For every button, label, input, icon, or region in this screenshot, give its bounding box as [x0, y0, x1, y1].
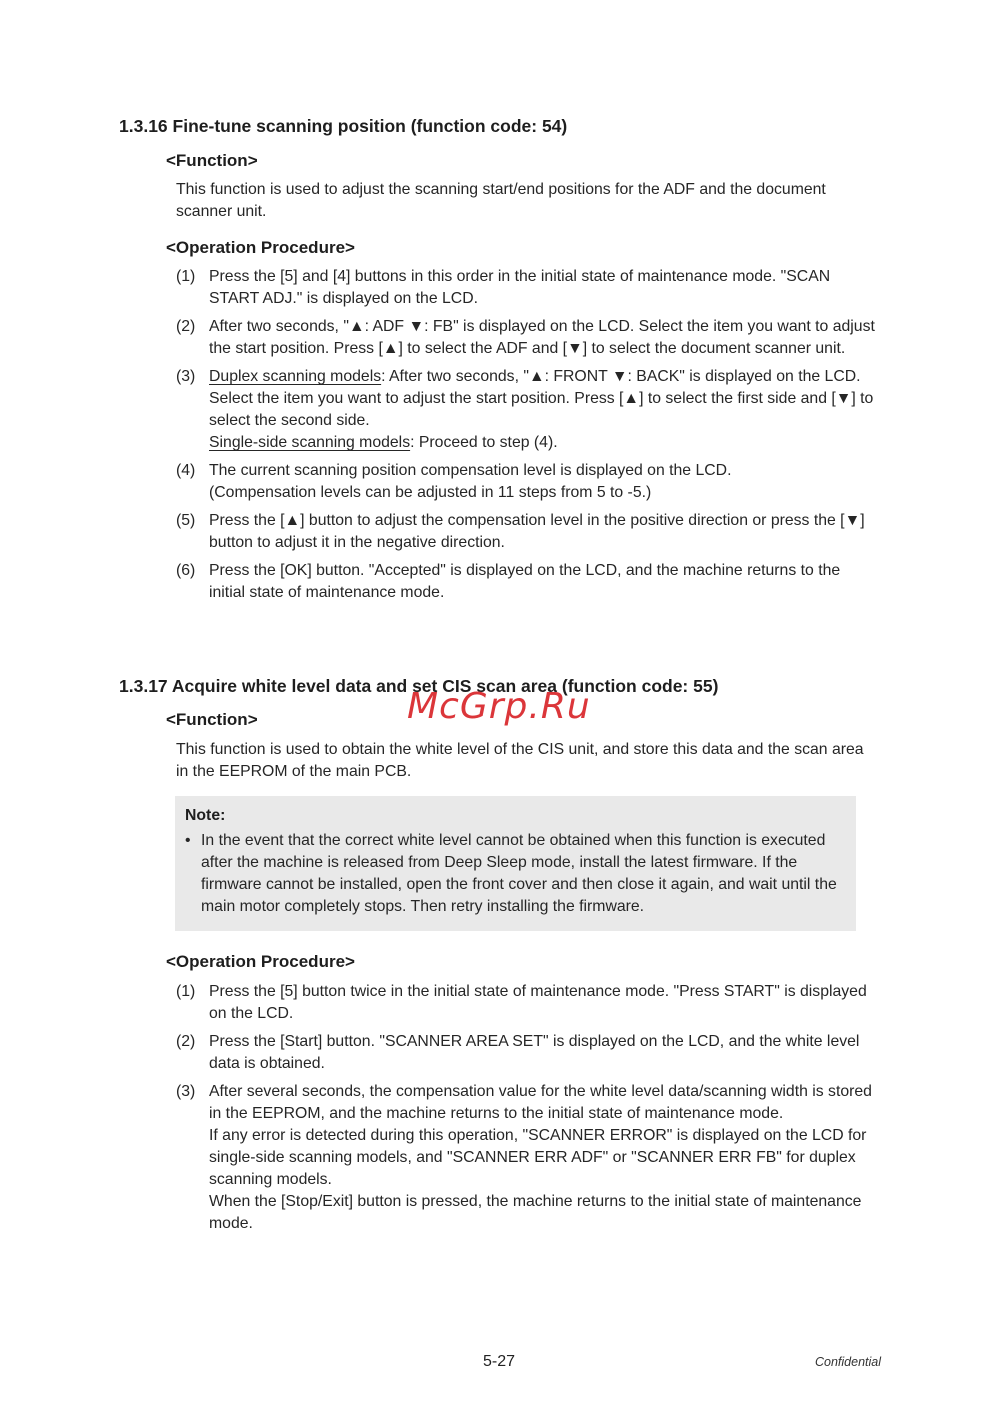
- step-text: Press the [5] button twice in the initia…: [209, 981, 876, 1025]
- section-title-1-3-16: 1.3.16 Fine-tune scanning position (func…: [119, 116, 567, 137]
- procedure-step: (2) Press the [Start] button. "SCANNER A…: [176, 1031, 876, 1075]
- step-text: When the [Stop/Exit] button is pressed, …: [209, 1191, 876, 1235]
- step-number: (1): [176, 266, 195, 288]
- manual-page: 1.3.16 Fine-tune scanning position (func…: [0, 0, 1000, 1415]
- watermark: McGrp.Ru: [407, 686, 591, 727]
- procedure-heading: <Operation Procedure>: [166, 952, 355, 972]
- procedure-steps-1-3-16: (1) Press the [5] and [4] buttons in thi…: [176, 266, 876, 610]
- function-description: This function is used to adjust the scan…: [176, 179, 876, 223]
- note-text-content: In the event that the correct white leve…: [201, 832, 837, 915]
- function-heading: <Function>: [166, 151, 258, 171]
- step-number: (5): [176, 510, 195, 532]
- procedure-step: (1) Press the [5] and [4] buttons in thi…: [176, 266, 876, 310]
- step-text: Press the [Start] button. "SCANNER AREA …: [209, 1031, 876, 1075]
- step-number: (1): [176, 981, 195, 1003]
- note-box: Note: • In the event that the correct wh…: [175, 796, 856, 931]
- note-label: Note:: [185, 807, 225, 825]
- procedure-heading: <Operation Procedure>: [166, 238, 355, 258]
- confidential-label: Confidential: [815, 1355, 881, 1369]
- function-heading: <Function>: [166, 710, 258, 730]
- single-side-models-label: Single-side scanning models: [209, 434, 410, 451]
- procedure-step: (5) Press the [▲] button to adjust the c…: [176, 510, 876, 554]
- step-text: Press the [▲] button to adjust the compe…: [209, 510, 876, 554]
- procedure-step: (3) After several seconds, the compensat…: [176, 1081, 876, 1235]
- procedure-step: (4) The current scanning position compen…: [176, 460, 876, 504]
- step-number: (4): [176, 460, 195, 482]
- step-number: (6): [176, 560, 195, 582]
- procedure-step: (6) Press the [OK] button. "Accepted" is…: [176, 560, 876, 604]
- procedure-step: (3) Duplex scanning models: After two se…: [176, 366, 876, 454]
- step-number: (3): [176, 1081, 195, 1103]
- step-text: Press the [5] and [4] buttons in this or…: [209, 266, 876, 310]
- step-text-duplex: Duplex scanning models: After two second…: [209, 366, 876, 432]
- function-description: This function is used to obtain the whit…: [176, 739, 876, 783]
- step-text: If any error is detected during this ope…: [209, 1125, 876, 1191]
- step-text-single-side: Single-side scanning models: Proceed to …: [209, 432, 876, 454]
- step-text: (Compensation levels can be adjusted in …: [209, 482, 876, 504]
- procedure-step: (1) Press the [5] button twice in the in…: [176, 981, 876, 1025]
- single-side-models-text: : Proceed to step (4).: [410, 434, 558, 451]
- step-number: (3): [176, 366, 195, 388]
- procedure-steps-1-3-17: (1) Press the [5] button twice in the in…: [176, 981, 876, 1241]
- procedure-step: (2) After two seconds, "▲: ADF ▼: FB" is…: [176, 316, 876, 360]
- step-text: Press the [OK] button. "Accepted" is dis…: [209, 560, 876, 604]
- page-number: 5-27: [483, 1353, 515, 1371]
- step-number: (2): [176, 316, 195, 338]
- step-text: The current scanning position compensati…: [209, 460, 876, 482]
- step-number: (2): [176, 1031, 195, 1053]
- note-text: • In the event that the correct white le…: [185, 830, 850, 918]
- duplex-models-label: Duplex scanning models: [209, 368, 381, 385]
- step-text: After two seconds, "▲: ADF ▼: FB" is dis…: [209, 316, 876, 360]
- bullet-icon: •: [185, 830, 191, 852]
- step-text: After several seconds, the compensation …: [209, 1081, 876, 1125]
